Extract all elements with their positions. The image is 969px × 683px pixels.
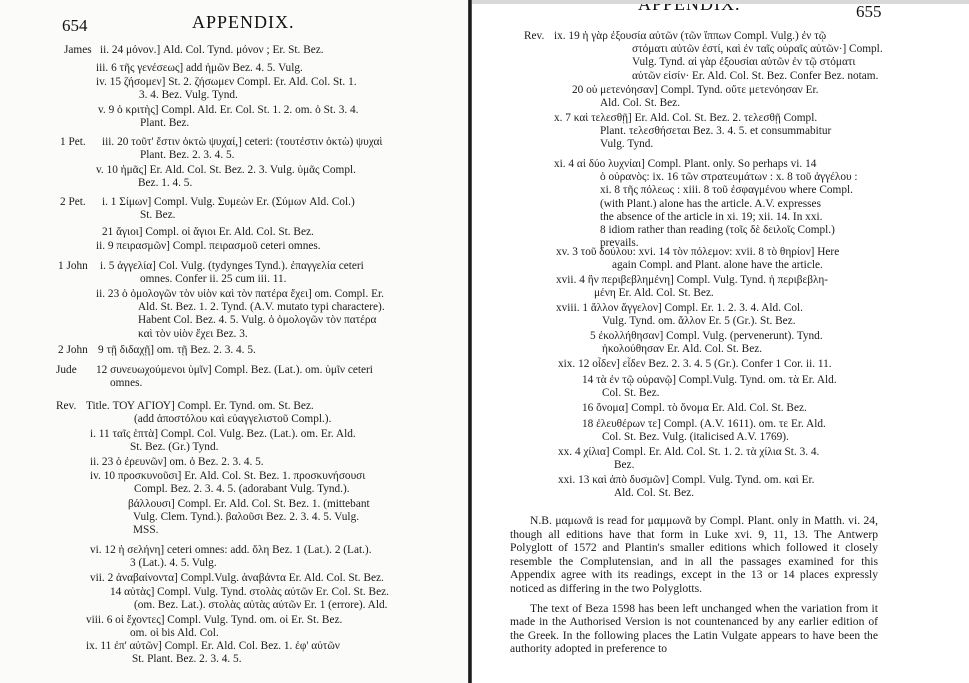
entry-continuation-line: καὶ τὸν υἱὸν ἔχει Bez. 3. (96, 328, 385, 341)
entry-continuation-line: 3 (Lat.). 4. 5. Vulg. (90, 557, 372, 570)
entry-first-line: xv. 3 τοῦ δούλου: xvi. 14 τὸν πόλεμον: x… (556, 246, 839, 259)
notes-section: N.B. μαμωνᾶ is read for μαμμωνᾶ by Compl… (510, 514, 878, 662)
entry-first-line: 12 συνευωχούμενοι ὑμῖν] Compl. Bez. (Lat… (56, 364, 373, 377)
apparatus-entry: ii. 23 ὁ ἐρευνῶν] om. ὁ Bez. 2. 3. 4. 5. (90, 456, 264, 469)
entry-continuation-line: Vulg. Clem. Tynd.). βαλοῦσι Bez. 2. 3. 4… (128, 511, 370, 524)
entry-continuation-line: (add ἀποστόλου καὶ εὐαγγελιστοῦ Compl.). (56, 413, 331, 426)
entry-continuation-line: Ald. St. Bez. 1. 2. Tynd. (A.V. mutato t… (96, 301, 385, 314)
book-name: James (64, 44, 92, 57)
entry-first-line: ii. 23 ὁ ἐρευνῶν] om. ὁ Bez. 2. 3. 4. 5. (90, 456, 264, 469)
page-number: 655 (856, 2, 882, 22)
book-name: 2 John (58, 344, 88, 357)
entry-continuation-line: ἠκολούθησαν Er. Ald. Col. St. Bez. (590, 343, 823, 356)
entry-first-line: i. 1 Σίμων] Compl. Vulg. Συμεὼν Er. (Σύμ… (60, 196, 355, 209)
apparatus-entry: 21 ἅγιοι] Compl. οἱ ἅγιοι Er. Ald. Col. … (102, 226, 314, 239)
entry-first-line: iii. 6 τῆς γενέσεως] add ἡμῶν Bez. 4. 5.… (96, 62, 303, 75)
apparatus-entry: xi. 4 αἱ δύο λυχνίαι] Compl. Plant. only… (554, 158, 858, 250)
apparatus-entry: vi. 12 ἡ σελήνη] ceteri omnes: add. ὅλη … (90, 544, 372, 570)
book-name: Jude (56, 364, 77, 377)
apparatus-entry: vii. 2 ἀναβαίνοντα] Compl.Vulg. ἀναβάντα… (90, 572, 384, 585)
entry-first-line: i. 5 ἀγγελία] Col. Vulg. (tydynges Tynd.… (58, 260, 364, 273)
apparatus-entry: 16 ὄνομα] Compl. τὸ ὄνομα Er. Ald. Col. … (582, 402, 807, 415)
apparatus-entry: ix. 11 ἐπ' αὐτῶν] Compl. Er. Ald. Col. B… (86, 640, 340, 666)
apparatus-entry: 2 Pet.i. 1 Σίμων] Compl. Vulg. Συμεὼν Er… (60, 196, 355, 222)
entry-continuation-line: Compl. Bez. 2. 3. 4. 5. (adorabant Vulg.… (90, 483, 365, 496)
entry-first-line: ix. 19 ἡ γὰρ ἐξουσία αὐτῶν (τῶν ἵππων Co… (524, 30, 883, 43)
entry-continuation-line: again Compl. and Plant. alone have the a… (556, 259, 839, 272)
apparatus-entry: βάλλουσι] Compl. Er. Ald. Col. St. Bez. … (128, 498, 370, 538)
apparatus-entry: x. 7 καὶ τελεσθῇ] Er. Ald. Col. St. Bez.… (554, 112, 831, 152)
apparatus-entry: 2 John9 τῇ διδαχῇ] om. τῇ Bez. 2. 3. 4. … (58, 344, 256, 357)
entry-continuation-line: Bez. (558, 459, 819, 472)
entry-first-line: 20 οὐ μετενόησαν] Compl. Tynd. οὔτε μετε… (572, 84, 818, 97)
entry-continuation-line: μένη Er. Ald. Col. St. Bez. (556, 287, 828, 300)
entry-continuation-line: Plant. τελεσθήσεται Bez. 3. 4. 5. et con… (554, 125, 831, 138)
entry-continuation-line: the absence of the article in xi. 19; xi… (554, 211, 858, 224)
book-name: Rev. (524, 30, 544, 43)
left-page: 654 APPENDIX. Jamesii. 24 μόνον.] Ald. C… (0, 0, 470, 683)
apparatus-entry: Jude12 συνευωχούμενοι ὑμῖν] Compl. Bez. … (56, 364, 373, 390)
entry-first-line: iii. 20 τοῦτ' ἔστιν ὀκτὼ ψυχαί,] ceteri:… (60, 136, 382, 149)
apparatus-entry: 5 ἐκολλήθησαν] Compl. Vulg. (pervenerunt… (590, 330, 823, 356)
entry-continuation-line: St. Plant. Bez. 2. 3. 4. 5. (86, 653, 340, 666)
apparatus-entry: v. 9 ὁ κριτὴς] Compl. Ald. Er. Col. St. … (98, 104, 358, 130)
book-name: 1 Pet. (60, 136, 86, 149)
entry-continuation-line: Vulg. Tynd. om. ἄλλον Er. 5 (Gr.). St. B… (556, 315, 803, 328)
book-name: 2 Pet. (60, 196, 86, 209)
entry-continuation-line: Vulg. Tynd. αἱ γὰρ ἐξουσίαι αὐτῶν ἐν τῷ … (524, 56, 883, 69)
apparatus-entry: viii. 6 οἱ ἔχοντες] Compl. Vulg. Tynd. o… (86, 614, 342, 640)
entry-continuation-line: Plant. Bez. 2. 3. 4. 5. (60, 149, 382, 162)
note-paragraph: The text of Beza 1598 has been left unch… (510, 602, 878, 656)
entry-continuation-line: om. οἱ bis Ald. Col. (86, 627, 342, 640)
entry-continuation-line: αὐτῶν εἰσίν· Er. Ald. Col. St. Bez. Conf… (524, 70, 883, 83)
apparatus-entry: 14 αὐτὰς] Compl. Vulg. Tynd. στολὰς αὐτῶ… (110, 586, 389, 612)
entry-first-line: iv. 10 προσκυνοῦσι] Er. Ald. Col. St. Be… (90, 470, 365, 483)
apparatus-entry: ii. 23 ὁ ὁμολογῶν τὸν υἱὸν καὶ τὸν πατέρ… (96, 288, 385, 341)
entry-first-line: ix. 11 ἐπ' αὐτῶν] Compl. Er. Ald. Col. B… (86, 640, 340, 653)
entry-first-line: i. 11 ταῖς ἑπτὰ] Compl. Col. Vulg. Bez. … (90, 428, 356, 441)
apparatus-entry: 1 Pet.iii. 20 τοῦτ' ἔστιν ὀκτὼ ψυχαί,] c… (60, 136, 382, 162)
apparatus-entry: 18 ἐλευθέρων τε] Compl. (A.V. 1611). om.… (582, 418, 826, 444)
entry-continuation-line: Col. St. Bez. (582, 387, 837, 400)
entry-first-line: iv. 15 ζήσομεν] St. 2. ζήσωμεν Compl. Er… (96, 76, 357, 89)
entry-continuation-line: MSS. (128, 524, 370, 537)
book-name: 1 John (58, 260, 88, 273)
apparatus-entry: xix. 12 οἶδεν] εἶδεν Bez. 2. 3. 4. 5 (Gr… (558, 358, 832, 371)
entry-first-line: 14 τὰ ἐν τῷ οὐρανῷ] Compl.Vulg. Tynd. om… (582, 374, 837, 387)
entry-first-line: xviii. 1 ἄλλον ἄγγελον] Compl. Er. 1. 2.… (556, 302, 803, 315)
entry-first-line: v. 9 ὁ κριτὴς] Compl. Ald. Er. Col. St. … (98, 104, 358, 117)
entry-continuation-line: Vulg. Tynd. (554, 138, 831, 151)
apparatus-entry: Rev.ix. 19 ἡ γὰρ ἐξουσία αὐτῶν (τῶν ἵππω… (524, 30, 883, 83)
entry-first-line: 16 ὄνομα] Compl. τὸ ὄνομα Er. Ald. Col. … (582, 402, 807, 415)
entry-first-line: x. 7 καὶ τελεσθῇ] Er. Ald. Col. St. Bez.… (554, 112, 831, 125)
apparatus-entry: iv. 15 ζήσομεν] St. 2. ζήσωμεν Compl. Er… (96, 76, 357, 102)
apparatus-entry: ii. 9 πειρασμῶν] Compl. πειρασμοῦ ceteri… (96, 240, 321, 253)
entry-continuation-line: (with Plant.) alone has the article. A.V… (554, 198, 858, 211)
apparatus-entry: v. 10 ἡμᾶς] Er. Ald. Col. St. Bez. 2. 3.… (96, 164, 356, 190)
entry-first-line: vi. 12 ἡ σελήνη] ceteri omnes: add. ὅλη … (90, 544, 372, 557)
apparatus-entry: Jamesii. 24 μόνον.] Ald. Col. Tynd. μόνο… (64, 44, 324, 57)
entry-continuation-line: Bez. 1. 4. 5. (96, 177, 356, 190)
apparatus-entry: xviii. 1 ἄλλον ἄγγελον] Compl. Er. 1. 2.… (556, 302, 803, 328)
entry-continuation-line: 3. 4. Bez. Vulg. Tynd. (96, 89, 357, 102)
entry-first-line: 5 ἐκολλήθησαν] Compl. Vulg. (pervenerunt… (590, 330, 823, 343)
entry-continuation-line: Ald. Col. St. Bez. (558, 487, 814, 500)
apparatus-entry: 1 Johni. 5 ἀγγελία] Col. Vulg. (tydynges… (58, 260, 364, 286)
apparatus-entry: 14 τὰ ἐν τῷ οὐρανῷ] Compl.Vulg. Tynd. om… (582, 374, 837, 400)
running-head: APPENDIX. (192, 12, 295, 33)
entry-continuation-line: St. Bez. (60, 209, 355, 222)
entry-first-line: xvii. 4 ἣν περιβεβλημένη] Compl. Vulg. T… (556, 274, 828, 287)
entry-continuation-line: ὁ οὐρανὸς: ix. 16 τῶν στρατευμάτων : x. … (554, 171, 858, 184)
apparatus-entry: xx. 4 χίλια] Compl. Er. Ald. Col. St. 1.… (558, 446, 819, 472)
entry-first-line: ii. 9 πειρασμῶν] Compl. πειρασμοῦ ceteri… (96, 240, 321, 253)
entry-continuation-line: omnes. Confer ii. 25 cum iii. 11. (58, 273, 364, 286)
entry-first-line: vii. 2 ἀναβαίνοντα] Compl.Vulg. ἀναβάντα… (90, 572, 384, 585)
apparatus-entry: i. 11 ταῖς ἑπτὰ] Compl. Col. Vulg. Bez. … (90, 428, 356, 454)
entry-first-line: v. 10 ἡμᾶς] Er. Ald. Col. St. Bez. 2. 3.… (96, 164, 356, 177)
apparatus-entry: xv. 3 τοῦ δούλου: xvi. 14 τὸν πόλεμον: x… (556, 246, 839, 272)
top-edge (472, 0, 969, 4)
entry-continuation-line: Habent Col. Bez. 4. 5. Vulg. ὁ ὁμολογῶν … (96, 314, 385, 327)
entry-first-line: xx. 4 χίλια] Compl. Er. Ald. Col. St. 1.… (558, 446, 819, 459)
entry-first-line: Title. ΤΟΥ ΑΓΙΟΥ] Compl. Er. Tynd. om. S… (56, 400, 331, 413)
apparatus-entry: iii. 6 τῆς γενέσεως] add ἡμῶν Bez. 4. 5.… (96, 62, 303, 75)
entry-first-line: xi. 4 αἱ δύο λυχνίαι] Compl. Plant. only… (554, 158, 858, 171)
entry-continuation-line: στόματι αὐτῶν ἐστί, καὶ ἐν ταῖς οὐραῖς α… (524, 43, 883, 56)
apparatus-entry: iv. 10 προσκυνοῦσι] Er. Ald. Col. St. Be… (90, 470, 365, 496)
entry-first-line: ii. 24 μόνον.] Ald. Col. Tynd. μόνον ; E… (64, 44, 324, 57)
entry-continuation-line: omnes. (56, 377, 373, 390)
entry-continuation-line: 8 idiom rather than reading (τοῖς δὲ δει… (554, 224, 858, 237)
entry-first-line: viii. 6 οἱ ἔχοντες] Compl. Vulg. Tynd. o… (86, 614, 342, 627)
entry-continuation-line: xi. 8 τῆς πόλεως : xiii. 8 τοῦ ἐσφαγμένο… (554, 184, 858, 197)
entry-first-line: ii. 23 ὁ ὁμολογῶν τὸν υἱὸν καὶ τὸν πατέρ… (96, 288, 385, 301)
entry-continuation-line: (om. Bez. Lat.). στολὰς αὐτὰς αὐτῶν Er. … (110, 599, 389, 612)
entry-continuation-line: Col. St. Bez. Vulg. (italicised A.V. 176… (582, 431, 826, 444)
apparatus-entry: xxi. 13 καὶ ἀπὸ δυσμῶν] Compl. Vulg. Tyn… (558, 474, 814, 500)
entry-first-line: xix. 12 οἶδεν] εἶδεν Bez. 2. 3. 4. 5 (Gr… (558, 358, 832, 371)
right-page: APPENDIX. 655 Rev.ix. 19 ἡ γὰρ ἐξουσία α… (472, 0, 969, 683)
entry-continuation-line: Ald. Col. St. Bez. (572, 97, 818, 110)
entry-first-line: 14 αὐτὰς] Compl. Vulg. Tynd. στολὰς αὐτῶ… (110, 586, 389, 599)
entry-first-line: xxi. 13 καὶ ἀπὸ δυσμῶν] Compl. Vulg. Tyn… (558, 474, 814, 487)
apparatus-entry: Rev.Title. ΤΟΥ ΑΓΙΟΥ] Compl. Er. Tynd. o… (56, 400, 331, 426)
book-name: Rev. (56, 400, 76, 413)
entry-first-line: βάλλουσι] Compl. Er. Ald. Col. St. Bez. … (128, 498, 370, 511)
apparatus-entry: xvii. 4 ἣν περιβεβλημένη] Compl. Vulg. T… (556, 274, 828, 300)
entry-first-line: 18 ἐλευθέρων τε] Compl. (A.V. 1611). om.… (582, 418, 826, 431)
page-number: 654 (62, 16, 88, 36)
apparatus-entry: 20 οὐ μετενόησαν] Compl. Tynd. οὔτε μετε… (572, 84, 818, 110)
note-paragraph: N.B. μαμωνᾶ is read for μαμμωνᾶ by Compl… (510, 514, 878, 596)
entry-continuation-line: Plant. Bez. (98, 117, 358, 130)
entry-continuation-line: St. Bez. (Gr.) Tynd. (90, 441, 356, 454)
entry-first-line: 21 ἅγιοι] Compl. οἱ ἅγιοι Er. Ald. Col. … (102, 226, 314, 239)
